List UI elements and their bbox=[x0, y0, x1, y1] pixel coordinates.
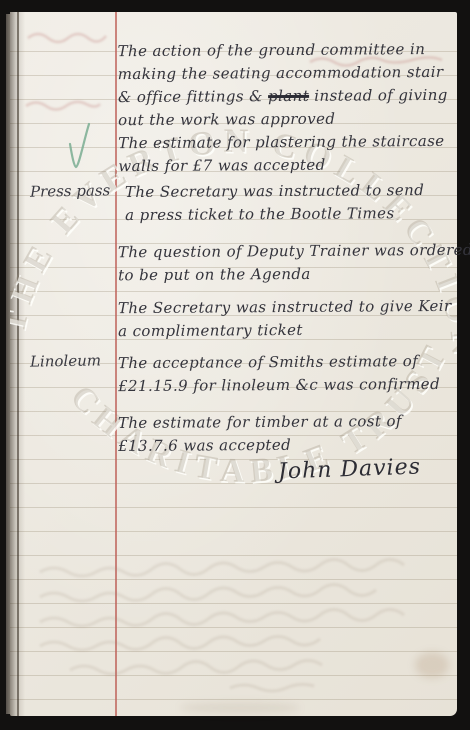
check-mark-annotation bbox=[66, 122, 92, 174]
minute-paragraph-timber: The estimate for timber at a cost of £13… bbox=[118, 410, 402, 458]
margin-note-press-pass: Press pass bbox=[30, 181, 111, 200]
handwritten-line: walls for £7 was accepted bbox=[118, 153, 448, 178]
paper-stain bbox=[415, 652, 449, 678]
handwritten-line: a complimentary ticket bbox=[118, 318, 452, 343]
handwritten-line: The action of the ground committee in bbox=[118, 38, 448, 63]
minute-paragraph-complimentary-ticket: The Secretary was instructed to give Kei… bbox=[118, 295, 452, 343]
handwritten-line: The estimate for timber at a cost of bbox=[118, 410, 402, 435]
line-text: & office fittings & bbox=[118, 87, 263, 106]
struck-out-word: plant bbox=[268, 87, 309, 105]
minute-paragraph-linoleum: The acceptance of Smiths estimate of £21… bbox=[118, 350, 440, 398]
handwritten-line: The question of Deputy Trainer was order… bbox=[118, 239, 470, 264]
handwritten-line: The Secretary was instructed to give Kei… bbox=[118, 295, 452, 320]
handwritten-line: £13.7.6 was accepted bbox=[118, 433, 402, 458]
minute-paragraph-ground-committee: The action of the ground committee in ma… bbox=[118, 38, 449, 178]
minute-paragraph-press-pass: The Secretary was instructed to send a p… bbox=[125, 179, 425, 227]
paper-shadow-smudge bbox=[180, 702, 300, 714]
chairman-signature: John Davies bbox=[278, 455, 422, 485]
line-text: instead of giving bbox=[314, 86, 448, 105]
minute-book-page: THE EVERTON COLLECTION CHARITABLE TRUST … bbox=[10, 12, 457, 716]
handwritten-line: The acceptance of Smiths estimate of bbox=[118, 350, 440, 375]
scanned-photo-background: THE EVERTON COLLECTION CHARITABLE TRUST … bbox=[0, 0, 470, 730]
minute-paragraph-deputy-trainer: The question of Deputy Trainer was order… bbox=[118, 239, 470, 287]
handwritten-line: a press ticket to the Bootle Times bbox=[125, 202, 424, 227]
handwritten-line: making the seating accommodation stair bbox=[118, 61, 448, 86]
handwritten-line: £21.15.9 for linoleum &c was confirmed bbox=[118, 373, 440, 398]
handwritten-line: The estimate for plastering the staircas… bbox=[118, 130, 448, 155]
handwritten-line: out the work was approved bbox=[118, 107, 448, 132]
margin-note-linoleum: Linoleum bbox=[30, 351, 101, 370]
handwritten-line: The Secretary was instructed to send bbox=[125, 179, 424, 204]
handwritten-line: to be put on the Agenda bbox=[118, 262, 470, 287]
handwritten-line: & office fittings & plant instead of giv… bbox=[118, 84, 448, 109]
